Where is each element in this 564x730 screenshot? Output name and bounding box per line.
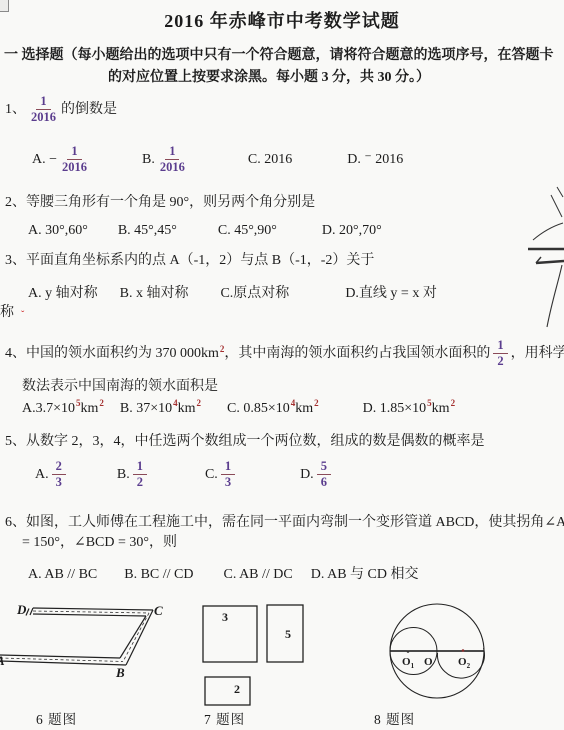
- text-run: 3、平面直角坐标系内的点 A（-1，2）与点 B（-1，-2）关于: [5, 251, 374, 270]
- label-o2: O2: [458, 656, 471, 670]
- spacer: [194, 574, 224, 575]
- text-run: D. 1.85×10: [363, 399, 427, 418]
- spacer: [69, 474, 117, 475]
- text-run: 5、从数字 2，3，4，中任选两个数组成一个两位数，组成的数是偶数的概率是: [5, 432, 485, 451]
- text-run: B. x 轴对称: [120, 284, 189, 303]
- fraction: 12016: [29, 94, 58, 125]
- question-4-text-line2: 数法表示中国南海的领水面积是: [22, 377, 218, 396]
- question-1-options: A. − 12016B. 12016C. 2016D. ⁻ 2016: [32, 144, 403, 175]
- text-run: 4、中国的领水面积约为 370 000km: [5, 344, 219, 363]
- rect-label-3: 3: [222, 610, 228, 624]
- question-4-options: A.3.7×105 km2B. 37×104km2C. 0.85×104km2D…: [22, 398, 455, 418]
- spacer: [292, 159, 347, 160]
- text-run: B. 45°,45°: [118, 221, 177, 240]
- caption-figure-6: 6 题图: [36, 708, 77, 728]
- text-run: B. BC // CD: [124, 565, 193, 584]
- text-run: ，其中南海的领水面积约占我国领水面积的: [224, 344, 490, 363]
- question-3-options: A. y 轴对称B. x 轴对称C.原点对称D.直线 y = x 对: [28, 284, 437, 303]
- fraction: 12016: [60, 144, 89, 175]
- spacer: [277, 230, 322, 231]
- figure-question-8-circles: O1 O O2: [378, 596, 508, 706]
- pipe-label-c: C: [154, 603, 163, 618]
- fraction: 12016: [158, 144, 187, 175]
- question-2-text: 2、等腰三角形有一个角是 90°，则另两个角分别是: [5, 193, 315, 212]
- question-2-options: A. 30°,60°B. 45°,45°C. 45°,90°D. 20°,70°: [28, 221, 382, 240]
- page-title: 2016 年赤峰市中考数学试题: [0, 7, 564, 33]
- text-run: B.: [142, 150, 155, 169]
- text-run: C.原点对称: [220, 284, 289, 303]
- spacer: [190, 159, 248, 160]
- text-run: km: [178, 399, 196, 418]
- text-run: B. 37×10: [120, 399, 172, 418]
- text-run: = 150°，∠BCD = 30°，则: [22, 533, 177, 552]
- question-1-text: 1、 12016 的倒数是: [5, 94, 117, 125]
- spacer: [150, 474, 205, 475]
- text-run: 6、如图，工人师傅在工程施工中，需在同一平面内弯制一个变形管道 ABCD，使其拐…: [5, 513, 564, 532]
- text-run: 称: [0, 303, 14, 322]
- text-run: B.: [117, 465, 130, 484]
- spacer: [98, 293, 120, 294]
- text-run: A. 30°,60°: [28, 221, 88, 240]
- pipe-label-d: D: [16, 602, 27, 617]
- question-3-text: 3、平面直角坐标系内的点 A（-1，2）与点 B（-1，-2）关于: [5, 251, 374, 270]
- spacer: [293, 574, 311, 575]
- handwritten-scribble: [500, 183, 564, 330]
- spacer: [177, 230, 218, 231]
- spacer: [289, 293, 345, 294]
- text-run: A. y 轴对称: [28, 284, 98, 303]
- text-run: A.3.7×10: [22, 399, 75, 418]
- text-run: C. AB // DC: [224, 565, 293, 584]
- text-run: C. 45°,90°: [218, 221, 277, 240]
- question-6-options: A. AB // BCB. BC // CDC. AB // DCD. AB 与…: [28, 565, 418, 584]
- text-run: km: [432, 399, 450, 418]
- caption-figure-7: 7 题图: [204, 708, 245, 728]
- rect-label-2: 2: [234, 682, 240, 696]
- question-6-text-line2: = 150°，∠BCD = 30°，则: [22, 533, 177, 552]
- text-run: km: [81, 399, 99, 418]
- spacer: [201, 408, 227, 409]
- center-dot-o2: [462, 649, 465, 652]
- text-run: D. AB 与 CD 相交: [311, 565, 419, 584]
- text-run: 的倒数是: [61, 100, 117, 119]
- spacer: [319, 408, 363, 409]
- red-check-mark: ˇ: [21, 306, 24, 325]
- question-6-text-line1: 6、如图，工人师傅在工程施工中，需在同一平面内弯制一个变形管道 ABCD，使其拐…: [5, 513, 564, 532]
- center-dot-o1: [407, 650, 410, 653]
- text-run: 1、: [5, 100, 26, 119]
- spacer: [88, 230, 118, 231]
- text-run: D.: [300, 465, 314, 484]
- text-run: D.直线 y = x 对: [345, 284, 437, 303]
- text-run: A. AB // BC: [28, 565, 97, 584]
- text-run: km: [295, 399, 313, 418]
- fraction: 13: [221, 459, 235, 490]
- label-o1: O1: [402, 656, 415, 670]
- text-run: 2、等腰三角形有一个角是 90°，则另两个角分别是: [5, 193, 315, 212]
- section-instructions-line1: 一 选择题（每小题给出的选项中只有一个符合题意，请将符合题意的选项序号，在答题卡: [4, 46, 554, 65]
- pipe-label-b: B: [115, 665, 125, 680]
- spacer: [97, 574, 124, 575]
- text-run: A.: [35, 465, 49, 484]
- spacer: [188, 293, 220, 294]
- exam-page: 2016 年赤峰市中考数学试题 一 选择题（每小题给出的选项中只有一个符合题意，…: [0, 0, 564, 730]
- fraction: 12: [133, 459, 147, 490]
- rect-label-5: 5: [285, 627, 291, 641]
- text-run: D. ⁻ 2016: [347, 150, 403, 169]
- question-4-text-line1: 4、中国的领水面积约为 370 000km2，其中南海的领水面积约占我国领水面积…: [5, 338, 564, 369]
- figure-question-6-pipe: D C A B: [0, 595, 185, 707]
- text-run: A. −: [32, 150, 57, 169]
- spacer: [238, 474, 300, 475]
- caption-figure-8: 8 题图: [374, 708, 415, 728]
- question-5-text: 5、从数字 2，3，4，中任选两个数组成一个两位数，组成的数是偶数的概率是: [5, 432, 485, 451]
- question-3-text-overflow: 称ˇ: [0, 303, 24, 322]
- spacer: [104, 408, 120, 409]
- text-run: 数法表示中国南海的领水面积是: [22, 377, 218, 396]
- section-instructions-line2: 的对应位置上按要求涂黑。每小题 3 分，共 30 分。）: [108, 68, 430, 87]
- pipe-label-a: A: [0, 653, 5, 668]
- spacer: [92, 159, 142, 160]
- text-run: D. 20°,70°: [322, 221, 382, 240]
- fraction: 12: [493, 338, 507, 369]
- fraction: 23: [52, 459, 66, 490]
- question-5-options: A. 23B. 12C. 13D. 56: [35, 459, 334, 490]
- fraction: 56: [317, 459, 331, 490]
- figure-question-7-rectangles: 3 5 2: [195, 598, 365, 708]
- text-run: C. 2016: [248, 150, 292, 169]
- text-run: C. 0.85×10: [227, 399, 290, 418]
- power-term: 2: [450, 398, 456, 418]
- label-o: O: [424, 656, 433, 668]
- text-run: C.: [205, 465, 218, 484]
- text-run: ，用科学: [511, 344, 564, 363]
